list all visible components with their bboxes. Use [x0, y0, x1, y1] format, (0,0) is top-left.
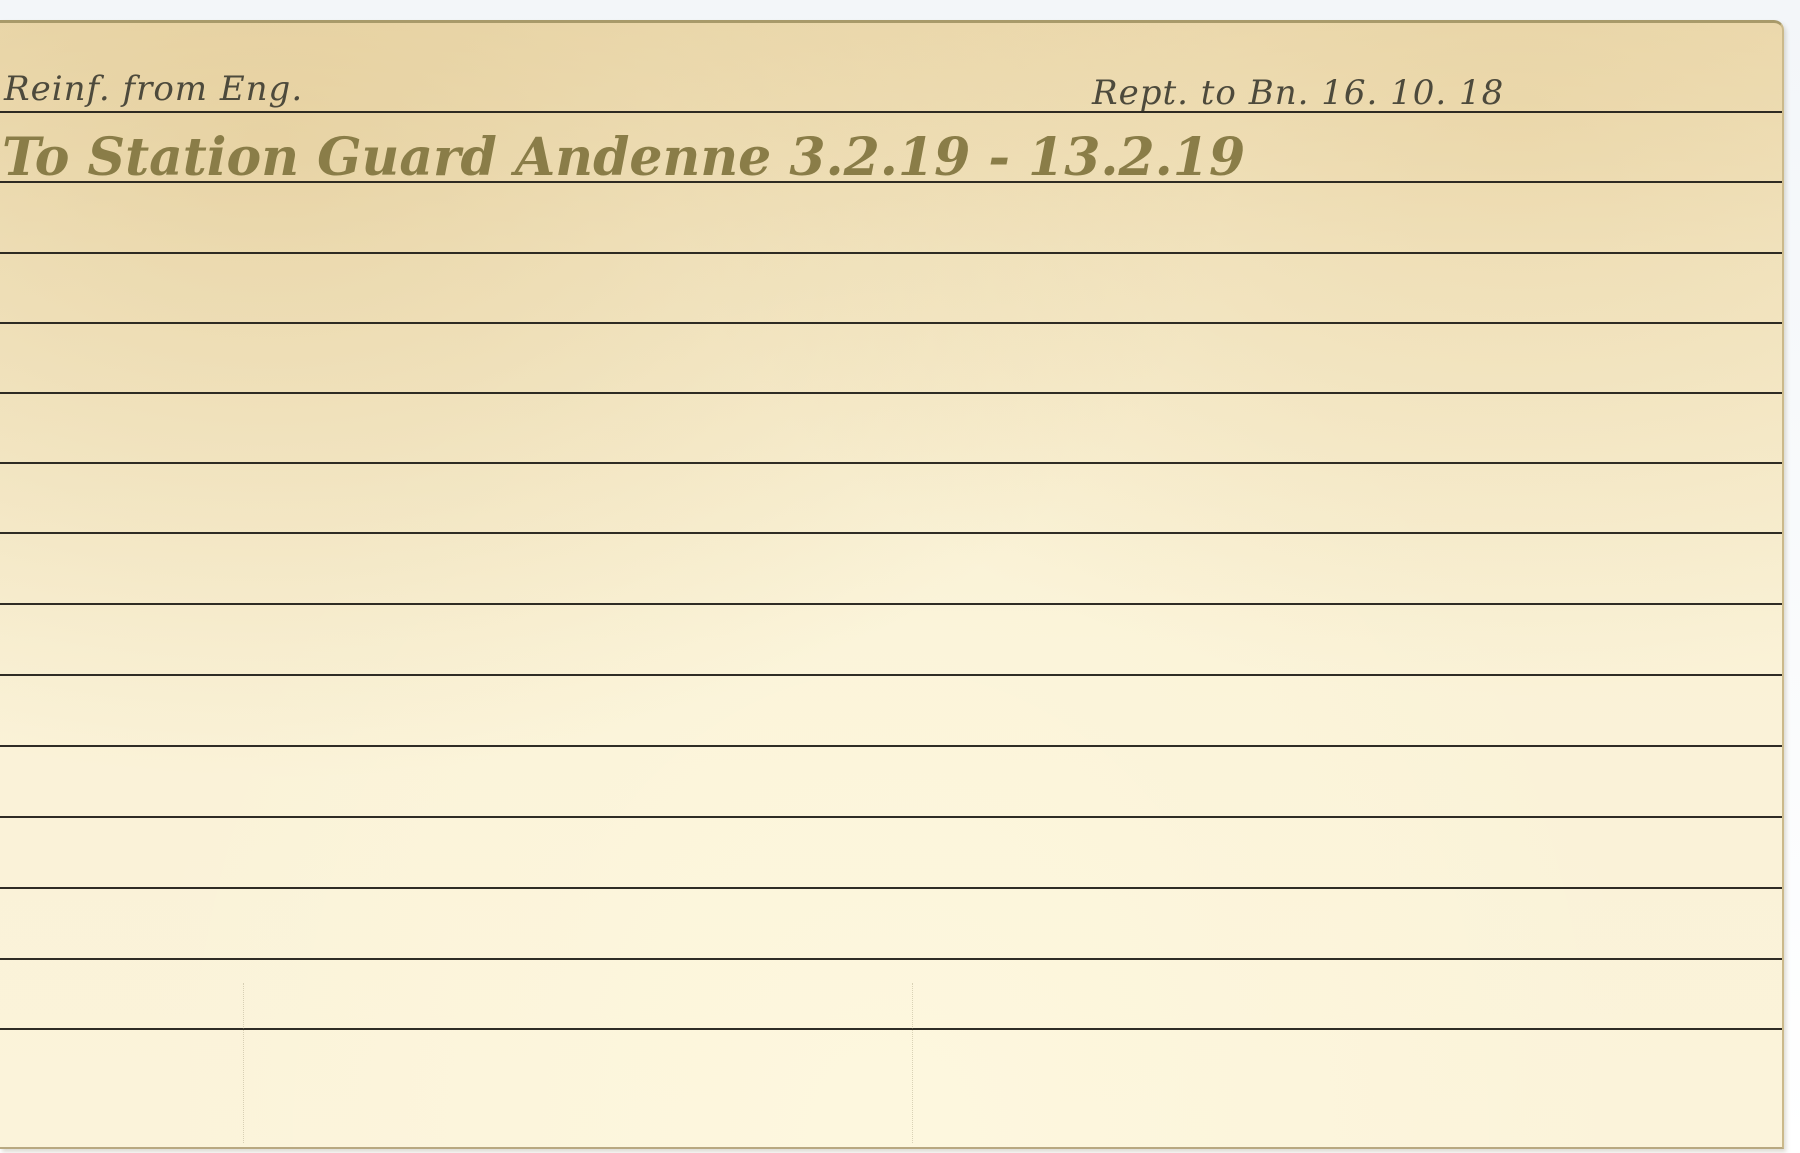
record-card: Reinf. from Eng. Rept. to Bn. 16. 10. 18… [0, 20, 1784, 1149]
ruled-line-14 [0, 1028, 1782, 1030]
entry-reinforcement: Reinf. from Eng. [4, 69, 303, 109]
ruled-line-9 [0, 674, 1782, 676]
ruled-line-10 [0, 745, 1782, 747]
ruled-line-8 [0, 603, 1782, 605]
ruled-line-5 [0, 392, 1782, 394]
ruled-line-6 [0, 462, 1782, 464]
ruled-line-1 [0, 111, 1782, 113]
ruled-line-3 [0, 252, 1782, 254]
scan-background: Reinf. from Eng. Rept. to Bn. 16. 10. 18… [0, 0, 1800, 1153]
show-through-mark [243, 983, 244, 1143]
ruled-line-13 [0, 958, 1782, 960]
ruled-line-12 [0, 887, 1782, 889]
ruled-line-7 [0, 532, 1782, 534]
show-through-mark [912, 983, 913, 1143]
entry-reported-to-battalion: Rept. to Bn. 16. 10. 18 [1092, 73, 1504, 113]
ruled-line-11 [0, 816, 1782, 818]
entry-station-guard-andenne: To Station Guard Andenne 3.2.19 - 13.2.1… [2, 127, 1245, 188]
ruled-line-4 [0, 322, 1782, 324]
